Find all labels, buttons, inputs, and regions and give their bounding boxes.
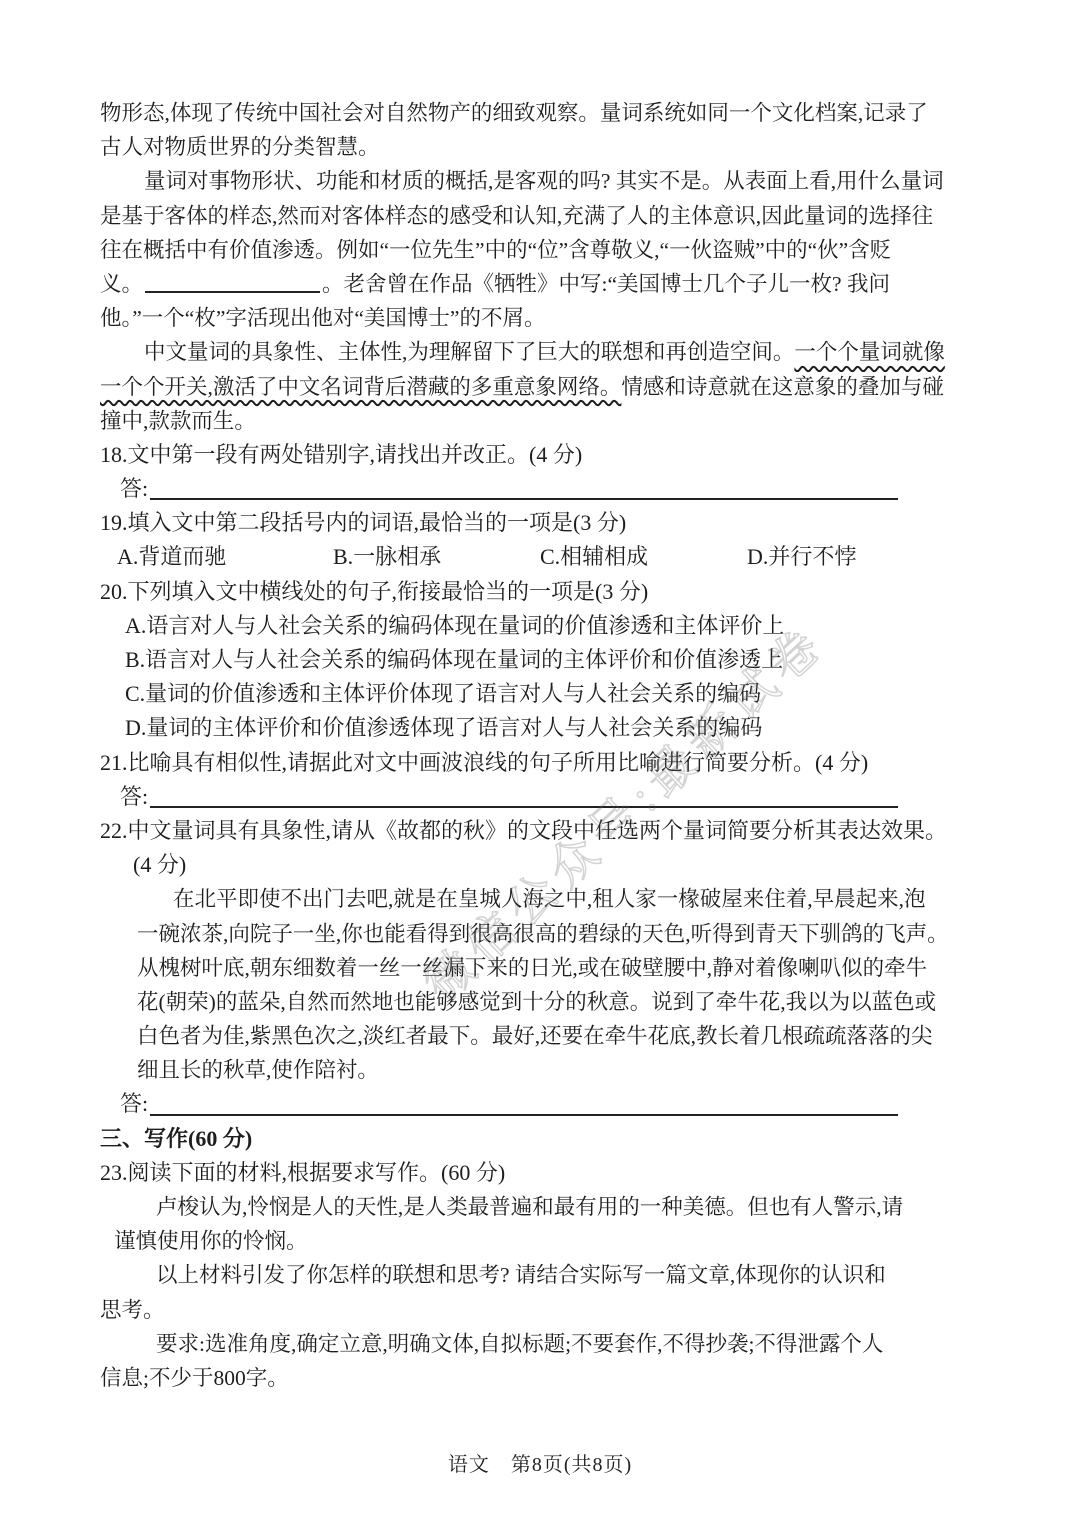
passage-line: 物形态,体现了传统中国社会对自然物产的细致观察。量词系统如同一个文化档案,记录了 (100, 96, 1080, 130)
material-line: 思考。 (100, 1293, 1080, 1327)
passage-line: 中文量词的具象性、主体性,为理解留下了巨大的联想和再创造空间。一个个量词就像 (100, 335, 1080, 369)
quote-line: 花(朝荣)的蓝朵,自然而然地也能够感觉到十分的秋意。说到了牵牛花,我以为以蓝色或 (137, 985, 1080, 1019)
material-line: 要求:选准角度,确定立意,明确文体,自拟标题;不要套作,不得抄袭;不得泄露个人 (100, 1327, 1080, 1361)
question-21-stem: 21.比喻具有相似性,请据此对文中画波浪线的句子所用比喻进行简要分析。(4 分) (100, 746, 1080, 780)
question-20-stem: 20.下列填入文中横线处的句子,衔接最恰当的一项是(3 分) (100, 575, 1080, 609)
question-19-stem: 19.填入文中第二段括号内的词语,最恰当的一项是(3 分) (100, 506, 1080, 540)
answer-label: 答: (120, 780, 148, 814)
material-line: 信息;不少于800字。 (100, 1361, 1080, 1395)
passage-text: 。老舍曾在作品《牺牲》中写:“美国博士几个子儿一枚? 我问 (322, 272, 890, 296)
question-19-options: A.背道而驰 B.一脉相承 C.相辅相成 D.并行不悖 (100, 540, 1080, 574)
option-d: D.量词的主体评价和价值渗透体现了语言对人与人社会关系的编码 (100, 711, 1080, 745)
passage-line: 往在概括中有价值渗透。例如“一位先生”中的“位”含尊敬义,“一伙盗贼”中的“伙”… (100, 233, 1080, 267)
question-22-stem: 22.中文量词具有具象性,请从《故都的秋》的文段中任选两个量词简要分析其表达效果… (100, 814, 1080, 848)
passage-line: 量词对事物形状、功能和材质的概括,是客观的吗? 其实不是。从表面上看,用什么量词 (100, 164, 1080, 198)
exam-page: 物形态,体现了传统中国社会对自然物产的细致观察。量词系统如同一个文化档案,记录了… (0, 0, 1080, 1528)
option-a: A.语言对人与人社会关系的编码体现在量词的价值渗透和主体评价上 (100, 609, 1080, 643)
quote-line: 细且长的秋草,使作陪衬。 (137, 1053, 1080, 1087)
option-b: B.一脉相承 (333, 540, 540, 574)
wavy-underlined-text: 一个个开关,激活了中文名词背后潜藏的多重意象网络。 (100, 375, 621, 399)
question-22-score: (4 分) (100, 848, 1080, 882)
question-21-answer-line: 答: (100, 780, 1080, 814)
answer-rule (150, 1114, 898, 1116)
passage-text: 情感和诗意就在这意象的叠加与碰 (621, 375, 944, 399)
quote-line: 白色者为佳,紫黑色次之,淡红者最下。最好,还要在牵牛花底,教长着几根疏疏落落的尖 (137, 1019, 1080, 1053)
wavy-underlined-text: 一个个量词就像 (794, 340, 945, 364)
option-d: D.并行不悖 (747, 540, 1080, 574)
quote-line: 从槐树叶底,朝东细数着一丝一丝漏下来的日光,或在破壁腰中,静对着像喇叭似的牵牛 (137, 951, 1080, 985)
option-c: C.量词的价值渗透和主体评价体现了语言对人与人社会关系的编码 (100, 677, 1080, 711)
option-b: B.语言对人与人社会关系的编码体现在量词的主体评价和价值渗透上 (100, 643, 1080, 677)
passage-line: 撞中,款款而生。 (100, 404, 1080, 438)
material-line: 以上材料引发了你怎样的联想和思考? 请结合实际写一篇文章,体现你的认识和 (100, 1258, 1080, 1292)
answer-rule (150, 498, 898, 500)
section-3-heading: 三、写作(60 分) (100, 1122, 1080, 1156)
option-a: A.背道而驰 (117, 540, 333, 574)
page-footer: 语文 第8页(共8页) (0, 1448, 1080, 1477)
page-content: 物形态,体现了传统中国社会对自然物产的细致观察。量词系统如同一个文化档案,记录了… (100, 96, 1080, 1395)
quote-line: 在北平即使不出门去吧,就是在皇城人海之中,租人家一椽破屋来住着,早晨起来,泡 (137, 882, 1080, 916)
question-18-stem: 18.文中第一段有两处错别字,请找出并改正。(4 分) (100, 438, 1080, 472)
option-c: C.相辅相成 (540, 540, 747, 574)
passage-line-with-blank: 义。。老舍曾在作品《牺牲》中写:“美国博士几个子儿一枚? 我问 (100, 267, 1080, 301)
answer-rule (150, 806, 898, 808)
passage-line: 是基于客体的样态,然而对客体样态的感受和认知,充满了人的主体意识,因此量词的选择… (100, 199, 1080, 233)
quote-line: 一碗浓茶,向院子一坐,你也能看得到很高很高的碧绿的天色,听得到青天下驯鸽的飞声。 (137, 917, 1080, 951)
passage-text: 义。 (100, 272, 143, 296)
passage-line: 他。”一个“枚”字活现出他对“美国博士”的不屑。 (100, 301, 1080, 335)
passage-line: 古人对物质世界的分类智慧。 (100, 130, 1080, 164)
fill-in-blank-rule (145, 273, 320, 293)
question-18-answer-line: 答: (100, 472, 1080, 506)
material-line: 谨慎使用你的怜悯。 (100, 1224, 1080, 1258)
answer-label: 答: (120, 1087, 148, 1121)
passage-line: 一个个开关,激活了中文名词背后潜藏的多重意象网络。情感和诗意就在这意象的叠加与碰 (100, 370, 1080, 404)
material-line: 卢梭认为,怜悯是人的天性,是人类最普遍和最有用的一种美德。但也有人警示,请 (100, 1190, 1080, 1224)
answer-label: 答: (120, 472, 148, 506)
passage-text: 中文量词的具象性、主体性,为理解留下了巨大的联想和再创造空间。 (144, 340, 794, 364)
question-23-stem: 23.阅读下面的材料,根据要求写作。(60 分) (100, 1156, 1080, 1190)
question-22-answer-line: 答: (100, 1087, 1080, 1121)
